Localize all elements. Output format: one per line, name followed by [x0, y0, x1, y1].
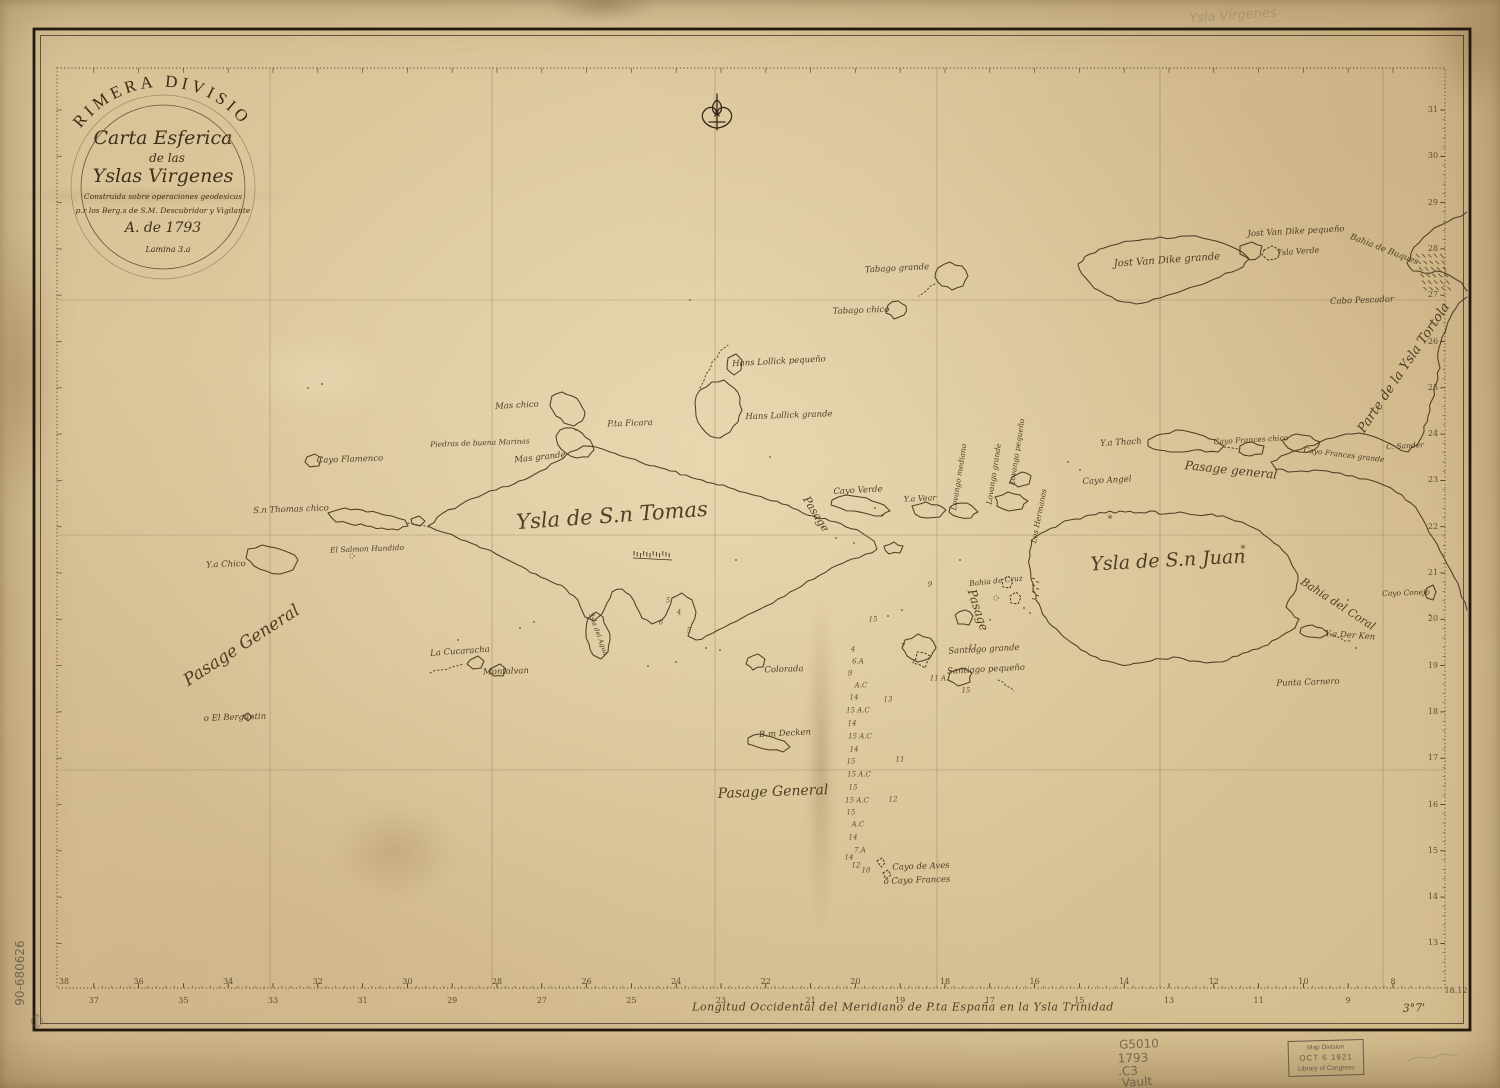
rock-dot	[901, 609, 903, 611]
island-outline	[328, 508, 408, 530]
island-outline	[935, 262, 968, 290]
rock-dot	[769, 456, 771, 458]
antique-chart: PRIMERA DIVISION Carta Esferica de las Y…	[0, 0, 1500, 1088]
title-cartouche: PRIMERA DIVISION Carta Esferica de las Y…	[0, 0, 255, 279]
settlement-hatch	[1419, 267, 1422, 270]
map-geometry	[32, 29, 1471, 1062]
island-outline	[1029, 511, 1300, 666]
island-outline	[1425, 585, 1436, 600]
map-canvas: PRIMERA DIVISION Carta Esferica de las Y…	[0, 0, 1500, 1088]
rock-dot	[1067, 461, 1069, 463]
rock-dot	[575, 429, 577, 431]
neatline	[57, 68, 1445, 988]
island-outline	[411, 516, 425, 526]
tortola-west-coast	[1271, 297, 1467, 610]
division-arc-title: PRIMERA DIVISION	[0, 0, 255, 131]
rock-dot	[675, 661, 677, 663]
settlement-hatch	[1448, 287, 1451, 290]
rock-dot	[457, 639, 459, 641]
island-outline	[831, 495, 890, 516]
settlement-hatch	[1428, 280, 1431, 283]
island-outline	[1240, 242, 1262, 260]
stamp-line-library: Library of Congress	[1292, 1063, 1360, 1074]
settlement-hatch	[1431, 267, 1434, 270]
settlement-hatch	[1424, 287, 1427, 290]
fleur-de-lis-north-icon	[702, 107, 716, 128]
reef-cay-dotted	[1010, 592, 1021, 604]
chart-title-line1: Carta Esferica	[94, 127, 233, 149]
reef-cay-dotted	[913, 652, 930, 668]
settlement-hatch	[1036, 595, 1039, 596]
island-outline	[695, 380, 742, 438]
rock-dot	[1429, 614, 1431, 616]
rock-dot	[735, 559, 737, 561]
settlement-hatch	[1421, 274, 1424, 277]
outer-border	[34, 29, 1470, 1030]
island-outline	[243, 713, 252, 721]
island-outline	[955, 610, 973, 625]
settlement-hatch	[1439, 274, 1442, 277]
settlement-hatch	[1433, 274, 1436, 277]
island-outline	[467, 656, 484, 669]
island-outline	[550, 392, 585, 426]
rock-dot	[1029, 612, 1031, 614]
settlement-hatch	[1446, 280, 1449, 283]
reef-cay-dotted	[883, 870, 891, 879]
island-outline	[727, 354, 742, 375]
reef-line-dotted	[1224, 447, 1240, 449]
settlement-hatch	[1422, 254, 1425, 257]
shoal-ring	[994, 596, 998, 600]
island-outline	[428, 446, 877, 640]
island-outline	[1300, 625, 1328, 638]
chart-title-line2: de las	[149, 151, 185, 165]
rock-dot	[321, 383, 323, 385]
settlement-hatch	[1442, 287, 1445, 290]
pencil-scribble	[1408, 1054, 1458, 1062]
island-outline	[746, 654, 765, 670]
settlement-hatch	[1440, 280, 1443, 283]
settlement-hatch	[1036, 581, 1039, 582]
island-outline	[902, 634, 936, 662]
rock-dot	[989, 619, 991, 621]
settlement-hatch	[1434, 280, 1437, 283]
settlement-hatch	[1424, 261, 1427, 264]
island-outline	[1078, 236, 1249, 304]
rock-dot	[719, 649, 721, 651]
rock-dot	[1079, 469, 1081, 471]
loc-stamp: Map Division OCT 6 1921 Library of Congr…	[1288, 1039, 1365, 1077]
settlement-hatch	[1440, 254, 1443, 257]
settlement-hatch	[1436, 287, 1439, 290]
rock-dot	[835, 537, 837, 539]
rock-dot	[887, 615, 889, 617]
island-outline	[305, 454, 321, 467]
island-outline	[884, 542, 903, 554]
reef-line-dotted	[998, 680, 1014, 691]
settlement-hatch	[1416, 254, 1419, 257]
settlement-hatch	[1437, 267, 1440, 270]
rock-dot	[959, 559, 961, 561]
tortola-north-coast	[1407, 212, 1467, 291]
chart-subtitle-line1: Construida sobre operaciones geodesicas	[84, 192, 242, 201]
settlement-hatch	[1430, 287, 1433, 290]
rock-dot	[705, 647, 707, 649]
rock-dot	[533, 621, 535, 623]
chart-title-line3: Yslas Virgenes	[93, 165, 234, 187]
rock-dot	[647, 665, 649, 667]
island-outline	[748, 734, 790, 752]
settlement-hatch	[1032, 578, 1035, 579]
rock-dot	[307, 387, 309, 389]
settlement-hatch	[1425, 267, 1428, 270]
settlement-hatch	[1436, 261, 1439, 264]
island-outline	[246, 545, 298, 574]
settlement-hatch	[1442, 261, 1445, 264]
settlement-hatch	[1422, 280, 1425, 283]
shoal-ring	[350, 554, 354, 558]
island-outline	[949, 503, 978, 518]
rock-dot	[853, 542, 855, 544]
settlement-hatch	[1036, 588, 1039, 589]
island-outline	[995, 492, 1028, 511]
reef-cay-dotted	[1262, 246, 1280, 260]
rock-dot	[519, 627, 521, 629]
fleur-de-lis-north-icon	[718, 107, 732, 128]
settlement-hatch	[1032, 585, 1035, 586]
reef-line-dotted	[1330, 634, 1350, 641]
chart-year: A. de 1793	[123, 220, 201, 236]
settlement-hatch	[1427, 274, 1430, 277]
island-outline	[886, 301, 907, 319]
settlement-hatch	[1430, 261, 1433, 264]
rock-dot	[874, 507, 876, 509]
rock-dot	[1023, 607, 1025, 609]
reef-line-dotted	[919, 284, 935, 296]
island-outline	[948, 668, 972, 686]
rock-dot	[689, 299, 691, 301]
town-baseline	[633, 558, 672, 560]
island-outline	[1239, 442, 1264, 456]
settlement-hatch	[1032, 598, 1035, 599]
island-outline	[489, 664, 506, 676]
reef-cay-dotted	[877, 858, 885, 867]
settlement-hatch	[1428, 254, 1431, 257]
island-outline	[556, 428, 594, 458]
island-outline	[1010, 472, 1031, 487]
rock-dot	[1347, 599, 1349, 601]
reef-cay-dotted	[1002, 576, 1013, 588]
island-outline	[912, 502, 946, 518]
settlement-hatch	[1434, 254, 1437, 257]
settlement-hatch	[1418, 261, 1421, 264]
rock-dot	[1355, 647, 1357, 649]
inner-border-line	[41, 36, 1464, 1024]
chart-subtitle-line2: p.r los Berg.s de S.M. Descubridor y Vig…	[76, 206, 251, 215]
island-outline	[1148, 430, 1224, 452]
reef-line-dotted	[430, 664, 463, 673]
rock-dot	[881, 514, 883, 516]
chart-plate-number: Lamina 3.a	[144, 245, 190, 254]
